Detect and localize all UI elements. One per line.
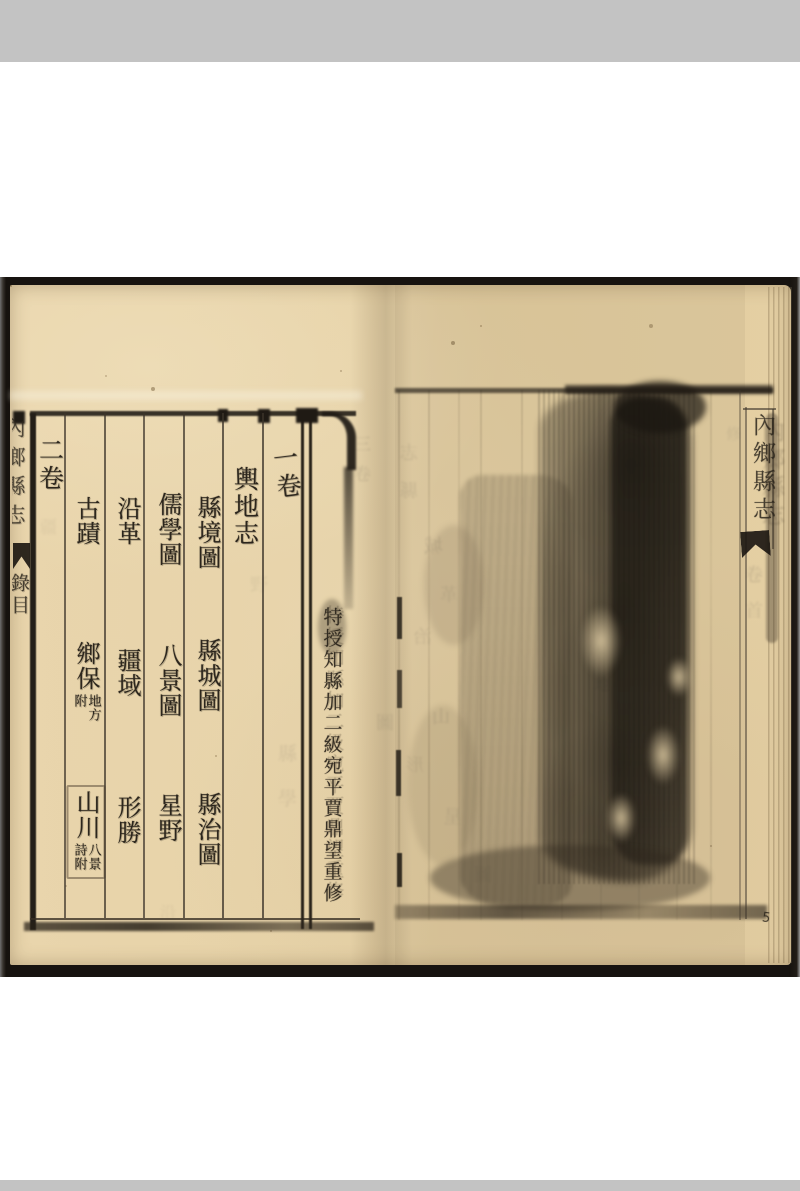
toc-entry: 縣治圖 — [195, 792, 219, 867]
volume-two-label: 二卷 — [38, 437, 63, 493]
centerfold-rule — [743, 408, 776, 410]
column-rule — [143, 413, 145, 918]
ink-dash — [397, 597, 402, 639]
ghost-glyph: 野 — [250, 577, 268, 595]
ghost-glyph: 治 — [414, 629, 432, 647]
fishtail-mark — [13, 543, 30, 569]
toc-entry: 八景圖 — [156, 643, 180, 718]
paper-show-through — [646, 725, 680, 785]
ghost-glyph: 志 — [400, 445, 418, 463]
toc-entry: 縣城圖 — [195, 638, 219, 713]
toc-entry: 鄉保 — [74, 641, 98, 691]
toc-entry: 沿革 — [115, 496, 139, 546]
toc-frame-bottom-smudge — [24, 922, 374, 931]
toc-entry-group: 鄉保 附 地方 — [73, 641, 100, 722]
viewer-top-band — [0, 0, 800, 62]
ink-smudge — [408, 705, 478, 865]
ink-blob — [296, 408, 318, 423]
ink-dash — [396, 750, 401, 796]
toc-frame-right — [309, 413, 312, 929]
left-spine-label-clip: 錄目 — [12, 573, 33, 623]
toc-entry: 儒學圖 — [156, 492, 180, 567]
section-title: 輿地志 — [233, 466, 258, 547]
right-spine-title: 內鄉縣志 — [750, 413, 773, 525]
ghost-glyph: 縣 — [278, 745, 297, 764]
toc-note: 詩附 八景 — [73, 843, 100, 871]
left-spine-title: 內鄉縣志 — [12, 417, 24, 533]
left-spine-foldstrip: 內鄉縣志 錄目 — [12, 415, 33, 630]
centerfold-rule — [745, 407, 747, 919]
ink-dash — [397, 853, 402, 887]
ink-hook-smear — [344, 467, 353, 609]
scan-left-edge — [0, 277, 10, 977]
book-spread: 三卷縣學野疆沿志縣圖城革治山形星圖保地方川卷首修 — [10, 285, 791, 965]
centerfold-rule — [739, 390, 741, 920]
toc-entry: 形勝 — [115, 795, 139, 845]
left-spine-label: 錄目 — [12, 573, 28, 617]
toc-entry: 疆域 — [115, 648, 139, 698]
right-page-bottom-rule — [395, 905, 767, 919]
right-page-top-smudge — [565, 385, 773, 394]
toc-entry-group: 山川 詩附 八景 — [67, 785, 106, 879]
paper-show-through — [606, 793, 636, 843]
ghost-glyph: 學 — [278, 790, 297, 809]
column-rule — [183, 413, 185, 918]
book-scan: 三卷縣學野疆沿志縣圖城革治山形星圖保地方川卷首修 — [0, 277, 800, 977]
ghost-glyph: 縣 — [400, 483, 418, 501]
ghost-glyph: 圖 — [376, 715, 394, 733]
volume-one-label: 一卷 — [270, 444, 302, 503]
toc-note-left: 詩附 — [73, 843, 86, 871]
ghost-glyph: 首 — [745, 603, 763, 621]
column-rule — [262, 413, 264, 918]
left-spine-title-clip: 內鄉縣志 — [12, 417, 33, 539]
ghost-glyph: 卷 — [745, 567, 763, 585]
ghost-glyph: 疆 — [40, 520, 57, 537]
ink-dash — [397, 670, 402, 708]
toc-note-right: 地方 — [87, 694, 100, 722]
toc-note: 附 地方 — [73, 694, 100, 722]
paper-show-through — [580, 605, 622, 677]
scanned-book-viewer: 三卷縣學野疆沿志縣圖城革治山形星圖保地方川卷首修 — [0, 0, 800, 1191]
ghost-glyph: 卷 — [354, 467, 371, 484]
toc-note-left: 附 — [73, 694, 86, 722]
toc-note-right: 八景 — [87, 843, 100, 871]
paper-show-through — [666, 657, 692, 697]
ink-smudge — [430, 845, 710, 911]
compiler-credit: 特授知縣加二級宛平賈鼎望重修 — [322, 607, 341, 904]
toc-entry: 星野 — [156, 793, 180, 843]
viewer-bottom-band — [0, 1180, 800, 1191]
ghost-glyph: 三 — [354, 437, 371, 454]
ink-smudge — [424, 525, 484, 645]
column-rule — [222, 413, 224, 918]
toc-entry: 山川 — [74, 790, 98, 840]
toc-entry: 縣境圖 — [195, 495, 219, 570]
toc-entry: 古蹟 — [74, 496, 98, 546]
